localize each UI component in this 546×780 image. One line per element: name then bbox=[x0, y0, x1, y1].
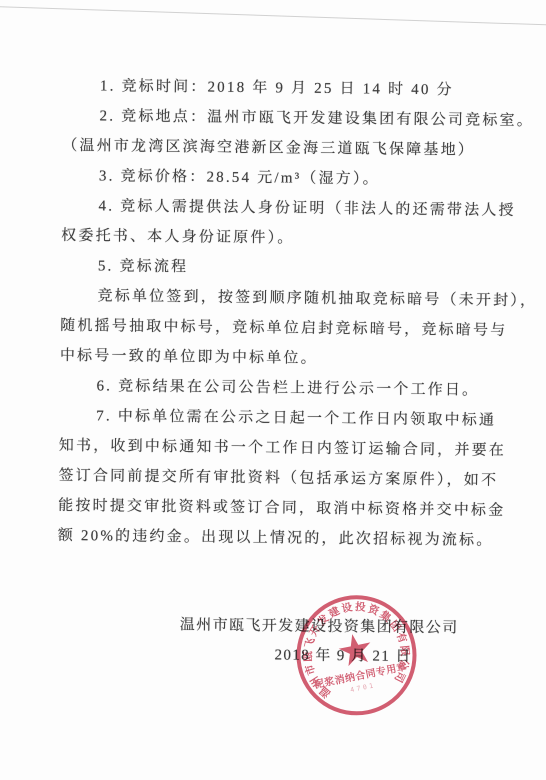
doc-line-award-5: 额 20%的违约金。出现以上情况的，此次招标视为流标。 bbox=[58, 521, 513, 556]
company-seal: 温州市瓯飞开发建设投资集团有限公司 ★ 泥浆消纳合同专用章 4701 bbox=[286, 585, 427, 726]
document-content: 1. 竞标时间：2018 年 9 月 25 日 14 时 40 分 2. 竞标地… bbox=[0, 0, 546, 780]
scanned-document-page: 1. 竞标时间：2018 年 9 月 25 日 14 时 40 分 2. 竞标地… bbox=[0, 0, 546, 780]
signature-block: 温州市瓯飞开发建设投资集团有限公司 2018 年 9 月 21 日 bbox=[1, 0, 546, 5]
document-body: 1. 竞标时间：2018 年 9 月 25 日 14 时 40 分 2. 竞标地… bbox=[58, 71, 518, 556]
